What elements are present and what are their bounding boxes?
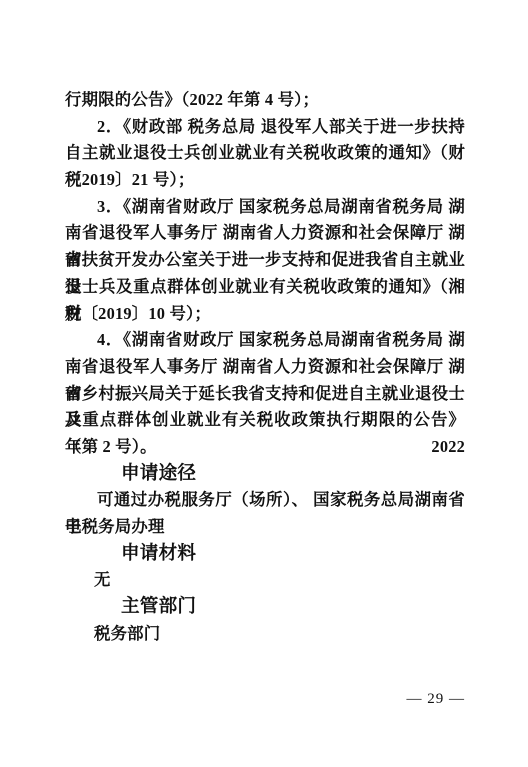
competent-department-line: 税务部门	[65, 621, 465, 648]
page-number: — 29 —	[65, 691, 465, 708]
document-page: 行期限的公告》（2022 年第 4 号）； 2．《财政部 税务总局 退役军人部关…	[0, 0, 528, 767]
heading-competent-department: 主管部门	[65, 594, 465, 621]
policy-reference-line: 及重点群体创业就业有关税收政策执行期限的公告》（2022	[65, 407, 465, 434]
policy-reference-line: 南省退役军人事务厅 湖南省人力资源和社会保障厅 湖南	[65, 220, 465, 247]
policy-reference-line: 省乡村振兴局关于延长我省支持和促进自主就业退役士兵	[65, 381, 465, 408]
heading-application-channel: 申请途径	[65, 461, 465, 488]
policy-reference-line: 役士兵及重点群体创业就业有关税收政策的通知》（湘财	[65, 274, 465, 301]
policy-reference-line: 省扶贫开发办公室关于进一步支持和促进我省自主就业退	[65, 247, 465, 274]
policy-reference-line: 税〔2019〕10 号）；	[65, 301, 465, 328]
policy-reference-line: 3．《湖南省财政厅 国家税务总局湖南省税务局 湖	[65, 194, 465, 221]
policy-reference-line: 4．《湖南省财政厅 国家税务总局湖南省税务局 湖	[65, 327, 465, 354]
application-channel-line: 子税务局办理	[65, 514, 465, 541]
policy-reference-line: 南省退役军人事务厅 湖南省人力资源和社会保障厅 湖南	[65, 354, 465, 381]
document-body: 行期限的公告》（2022 年第 4 号）； 2．《财政部 税务总局 退役军人部关…	[65, 87, 465, 647]
policy-reference-line: 2．《财政部 税务总局 退役军人部关于进一步扶持	[65, 114, 465, 141]
heading-application-materials: 申请材料	[65, 541, 465, 568]
application-materials-line: 无	[65, 567, 465, 594]
application-channel-line: 可通过办税服务厅（场所）、 国家税务总局湖南省电	[65, 487, 465, 514]
policy-reference-line: 〔2019〕21 号）；	[65, 167, 465, 194]
policy-reference-line: 自主就业退役士兵创业就业有关税收政策的通知》（财税	[65, 140, 465, 167]
policy-reference-line: 行期限的公告》（2022 年第 4 号）；	[65, 87, 465, 114]
